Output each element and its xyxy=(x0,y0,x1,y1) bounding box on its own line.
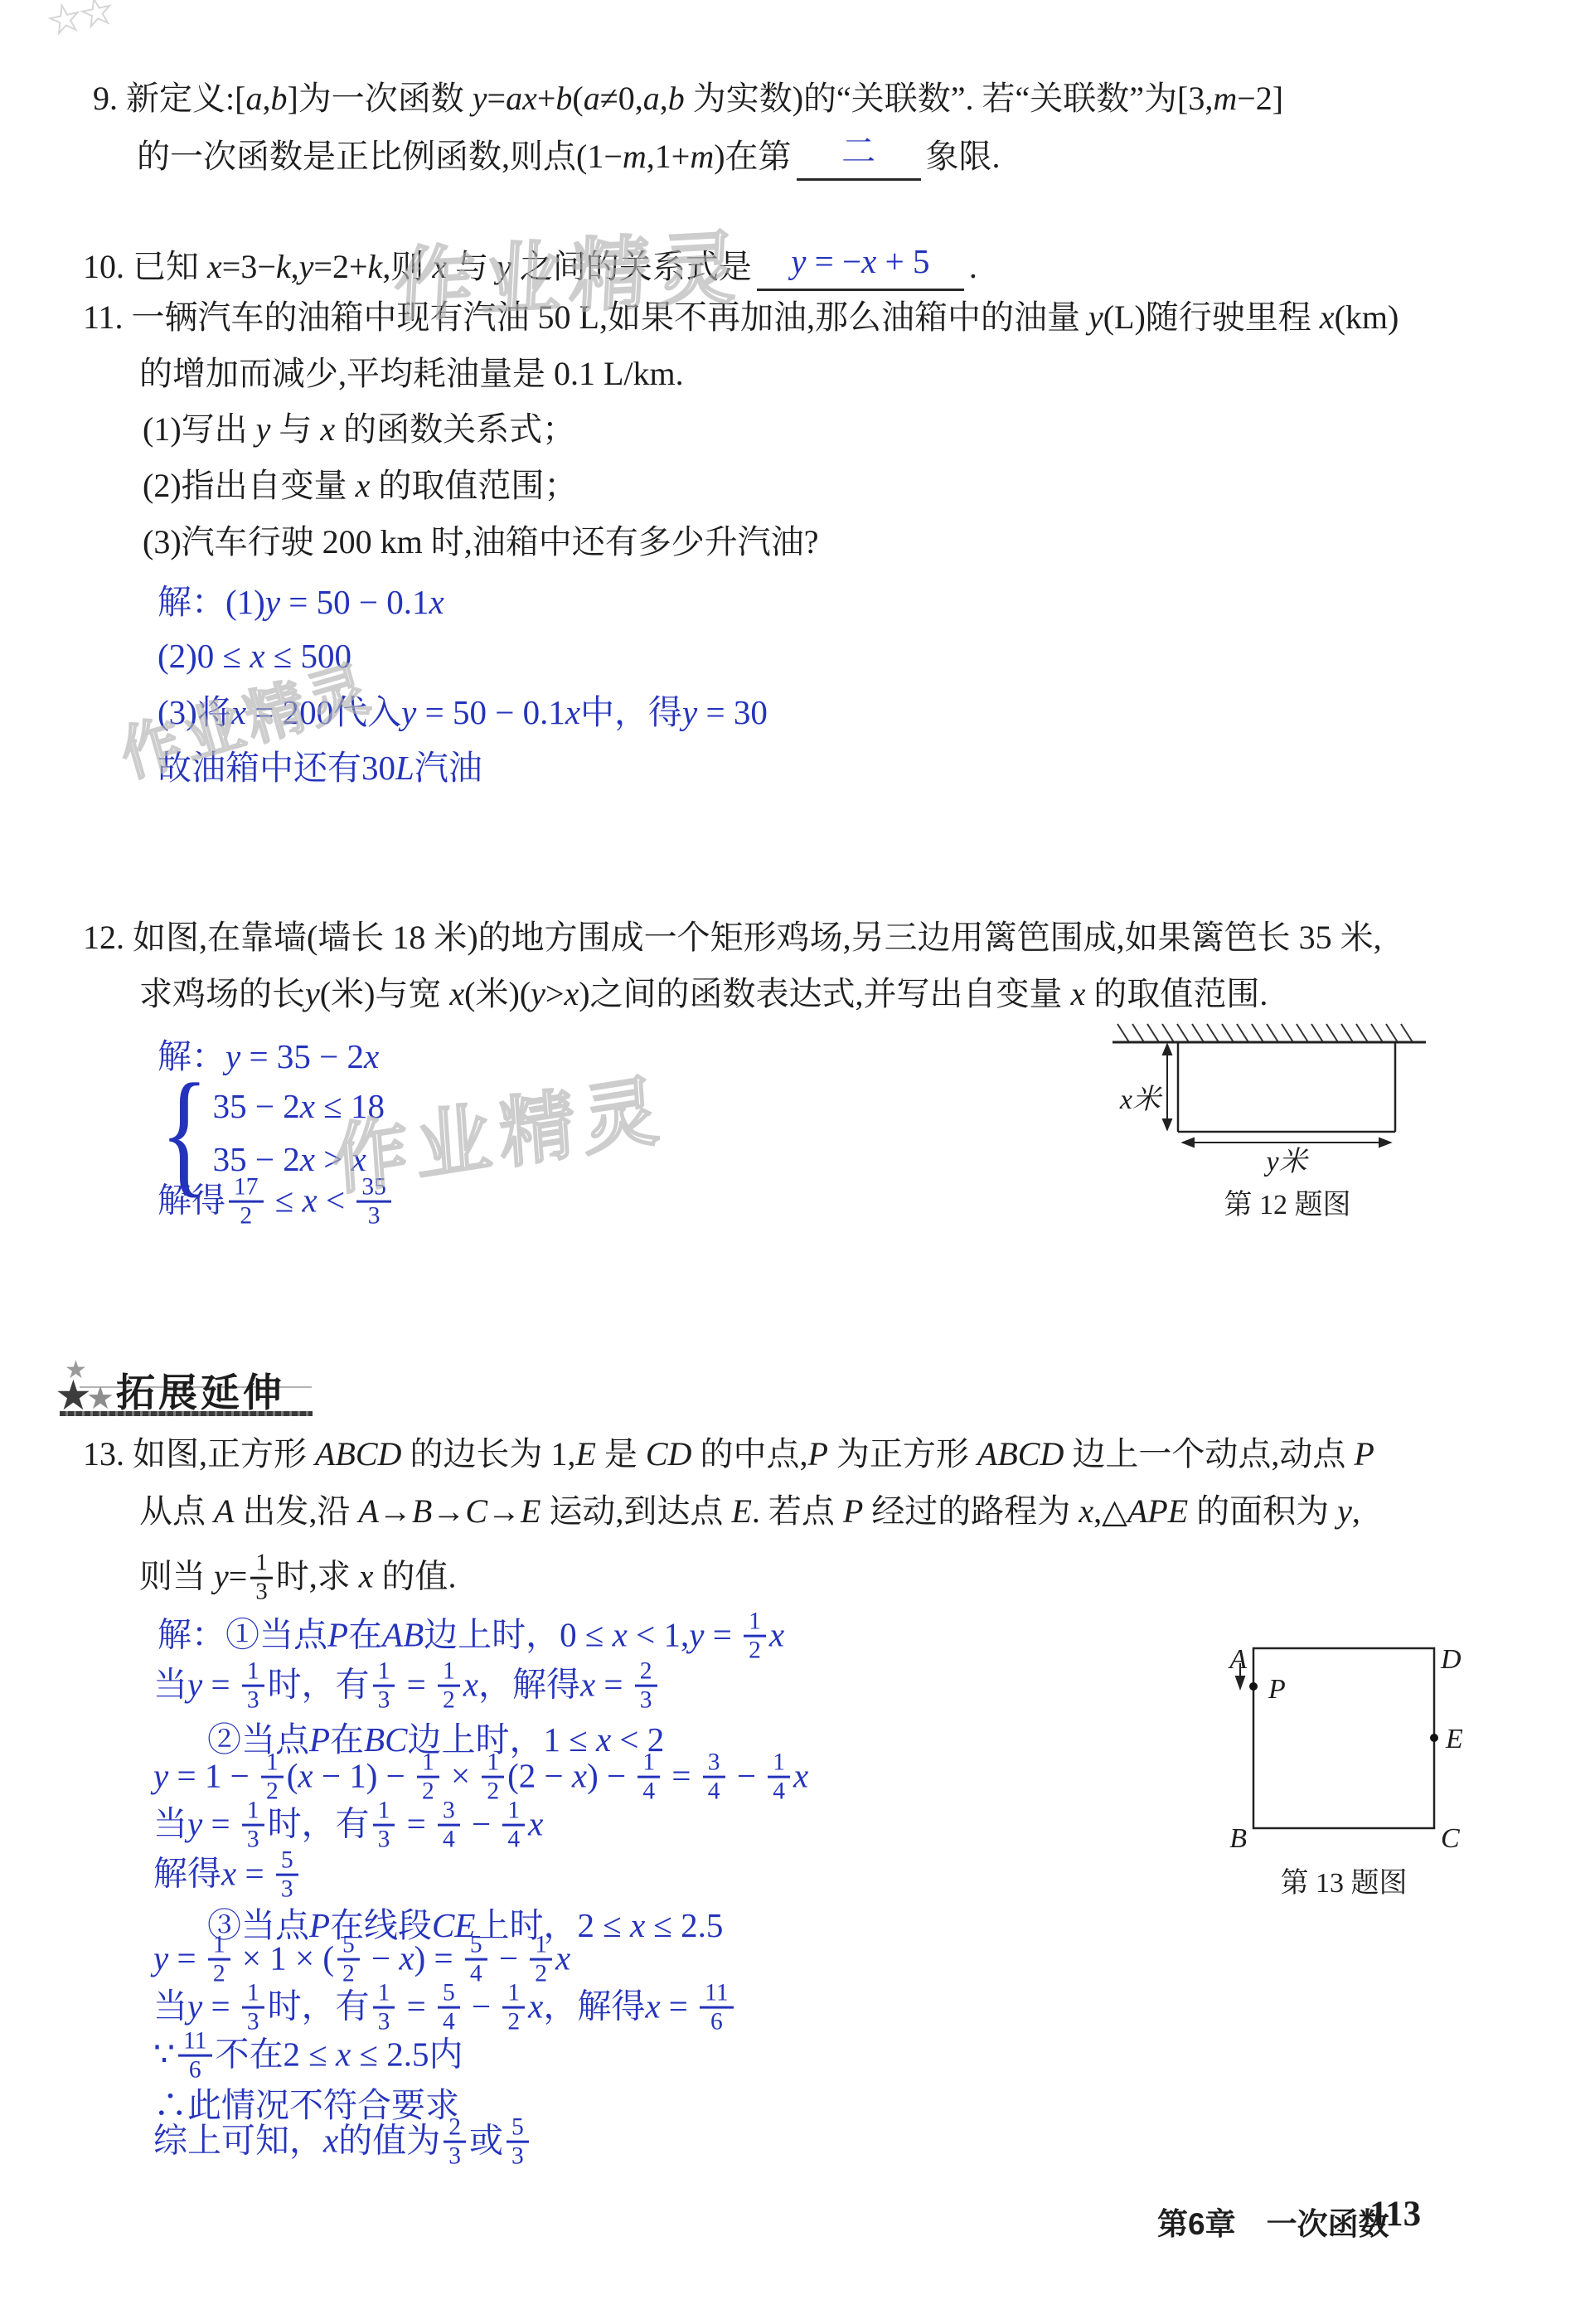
section-title: 拓展延伸 xyxy=(116,1362,285,1418)
q13-solution-line: 当y = 13时，有13 = 34 − 14x xyxy=(153,1799,543,1856)
q11-solution-line: 解：(1)y = 50 − 0.1x xyxy=(158,580,444,624)
q10-answer: y = −x + 5 xyxy=(791,240,929,284)
q13-solution-line: 综上可知，x的值为23或53 xyxy=(153,2116,532,2172)
q12-figure-caption: 第 12 题图 xyxy=(1224,1189,1351,1220)
point-p-label: P xyxy=(1268,1674,1286,1705)
q12-solution-result: 解得172 ≤ x < 353 xyxy=(158,1176,395,1232)
q11-solution-line: 故油箱中还有30L汽油 xyxy=(158,746,482,790)
q12-figure-x-label: x米 xyxy=(1119,1084,1163,1115)
q13-solution-line: ∵116不在2 ≤ x ≤ 2.5内 xyxy=(153,2030,463,2086)
q9-answer-blank: 二 xyxy=(797,134,921,181)
q11-sub3: (3)汽车行驶 200 km 时,油箱中还有多少升汽油? xyxy=(143,521,819,564)
q10-answer-blank: y = −x + 5 xyxy=(757,245,964,291)
q11-solution-line: (3)将x = 200代入y = 50 − 0.1x中，得y = 30 xyxy=(158,691,768,735)
q13-solution-line: 解得x = 53 xyxy=(153,1849,302,1905)
system-brace: { xyxy=(160,1074,208,1192)
q11-sub2: (2)指出自变量 x 的取值范围； xyxy=(143,464,577,507)
q9-answer: 二 xyxy=(841,129,875,173)
q11-line1: 11. 一辆汽车的油箱中现有汽油 50 L,如果不再加油,那么油箱中的油量 y(… xyxy=(83,296,1399,339)
point-e-dot xyxy=(1430,1734,1438,1742)
q13-line3: 则当 y=13时,求 x 的值. xyxy=(139,1552,457,1607)
q12-system-line: 35 − 2x ≤ 18 xyxy=(213,1086,385,1126)
q9-line2-text: 的一次函数是正比例函数,则点(1−m,1+m)在第 xyxy=(137,138,792,175)
q13-figure: A D B C P E 第 13 题图 xyxy=(1202,1617,1484,1924)
x-dimension-arrow xyxy=(1163,1045,1171,1129)
vertex-a-label: A xyxy=(1228,1644,1247,1675)
y-dimension-arrow xyxy=(1183,1138,1390,1147)
q12-figure: x米 y米 第 12 题图 xyxy=(1101,1021,1432,1229)
wall-hatching xyxy=(1117,1024,1413,1042)
q10-tail: . xyxy=(969,248,977,285)
star-icon: ★ xyxy=(86,1383,114,1414)
pen-rectangle xyxy=(1178,1042,1395,1132)
q12-figure-y-label: y米 xyxy=(1263,1147,1309,1177)
vertex-c-label: C xyxy=(1441,1823,1460,1854)
q13-line2: 从点 A 出发,沿 A→B→C→E 运动,到达点 E. 若点 P 经过的路程为 … xyxy=(139,1490,1360,1533)
q11-line2: 的增加而减少,平均耗油量是 0.1 L/km. xyxy=(139,352,684,395)
q10-text: 10. 已知 x=3−k,y=2+k,则 x 与 y 之间的关系式是 xyxy=(83,248,752,285)
q12-line2: 求鸡场的长y(米)与宽 x(米)(y>x)之间的函数表达式,并写出自变量 x 的… xyxy=(139,973,1268,1016)
footer-page-number: 113 xyxy=(1369,2194,1421,2234)
q12-inequality-system: { 35 − 2x ≤ 18 35 − 2x > x xyxy=(151,1074,385,1192)
q13-figure-caption: 第 13 题图 xyxy=(1281,1867,1408,1899)
q10-line: 10. 已知 x=3−k,y=2+k,则 x 与 y 之间的关系式是y = −x… xyxy=(83,245,977,291)
vertex-d-label: D xyxy=(1440,1644,1462,1675)
point-e-label: E xyxy=(1445,1724,1463,1754)
q11-solution-line: (2)0 ≤ x ≤ 500 xyxy=(158,634,351,678)
q9-line2-tail: 象限. xyxy=(926,138,1001,175)
workbook-page: ★★ 作业精灵 作业精灵 作业精灵 9. 新定义:[a,b]为一次函数 y=ax… xyxy=(0,0,1590,2324)
q11-sub1: (1)写出 y 与 x 的函数关系式； xyxy=(143,408,575,451)
q13-solution-line: 当y = 13时，有13 = 12x，解得x = 23 xyxy=(153,1660,661,1716)
q12-line1: 12. 如图,在靠墙(墙长 18 米)的地方围成一个矩形鸡场,另三边用篱笆围成,… xyxy=(83,916,1382,959)
footer-chapter: 第6章 一次函数 xyxy=(1157,2199,1389,2244)
star-watermark-icon: ★★ xyxy=(45,0,118,44)
q9-line1: 9. 新定义:[a,b]为一次函数 y=ax+b(a≠0,a,b 为实数)的“关… xyxy=(93,77,1283,120)
q13-line1: 13. 如图,正方形 ABCD 的边长为 1,E 是 CD 的中点,P 为正方形… xyxy=(83,1433,1374,1476)
point-p-dot xyxy=(1249,1682,1258,1691)
q9-line2: 的一次函数是正比例函数,则点(1−m,1+m)在第二象限. xyxy=(137,134,1001,181)
vertex-b-label: B xyxy=(1229,1823,1247,1854)
